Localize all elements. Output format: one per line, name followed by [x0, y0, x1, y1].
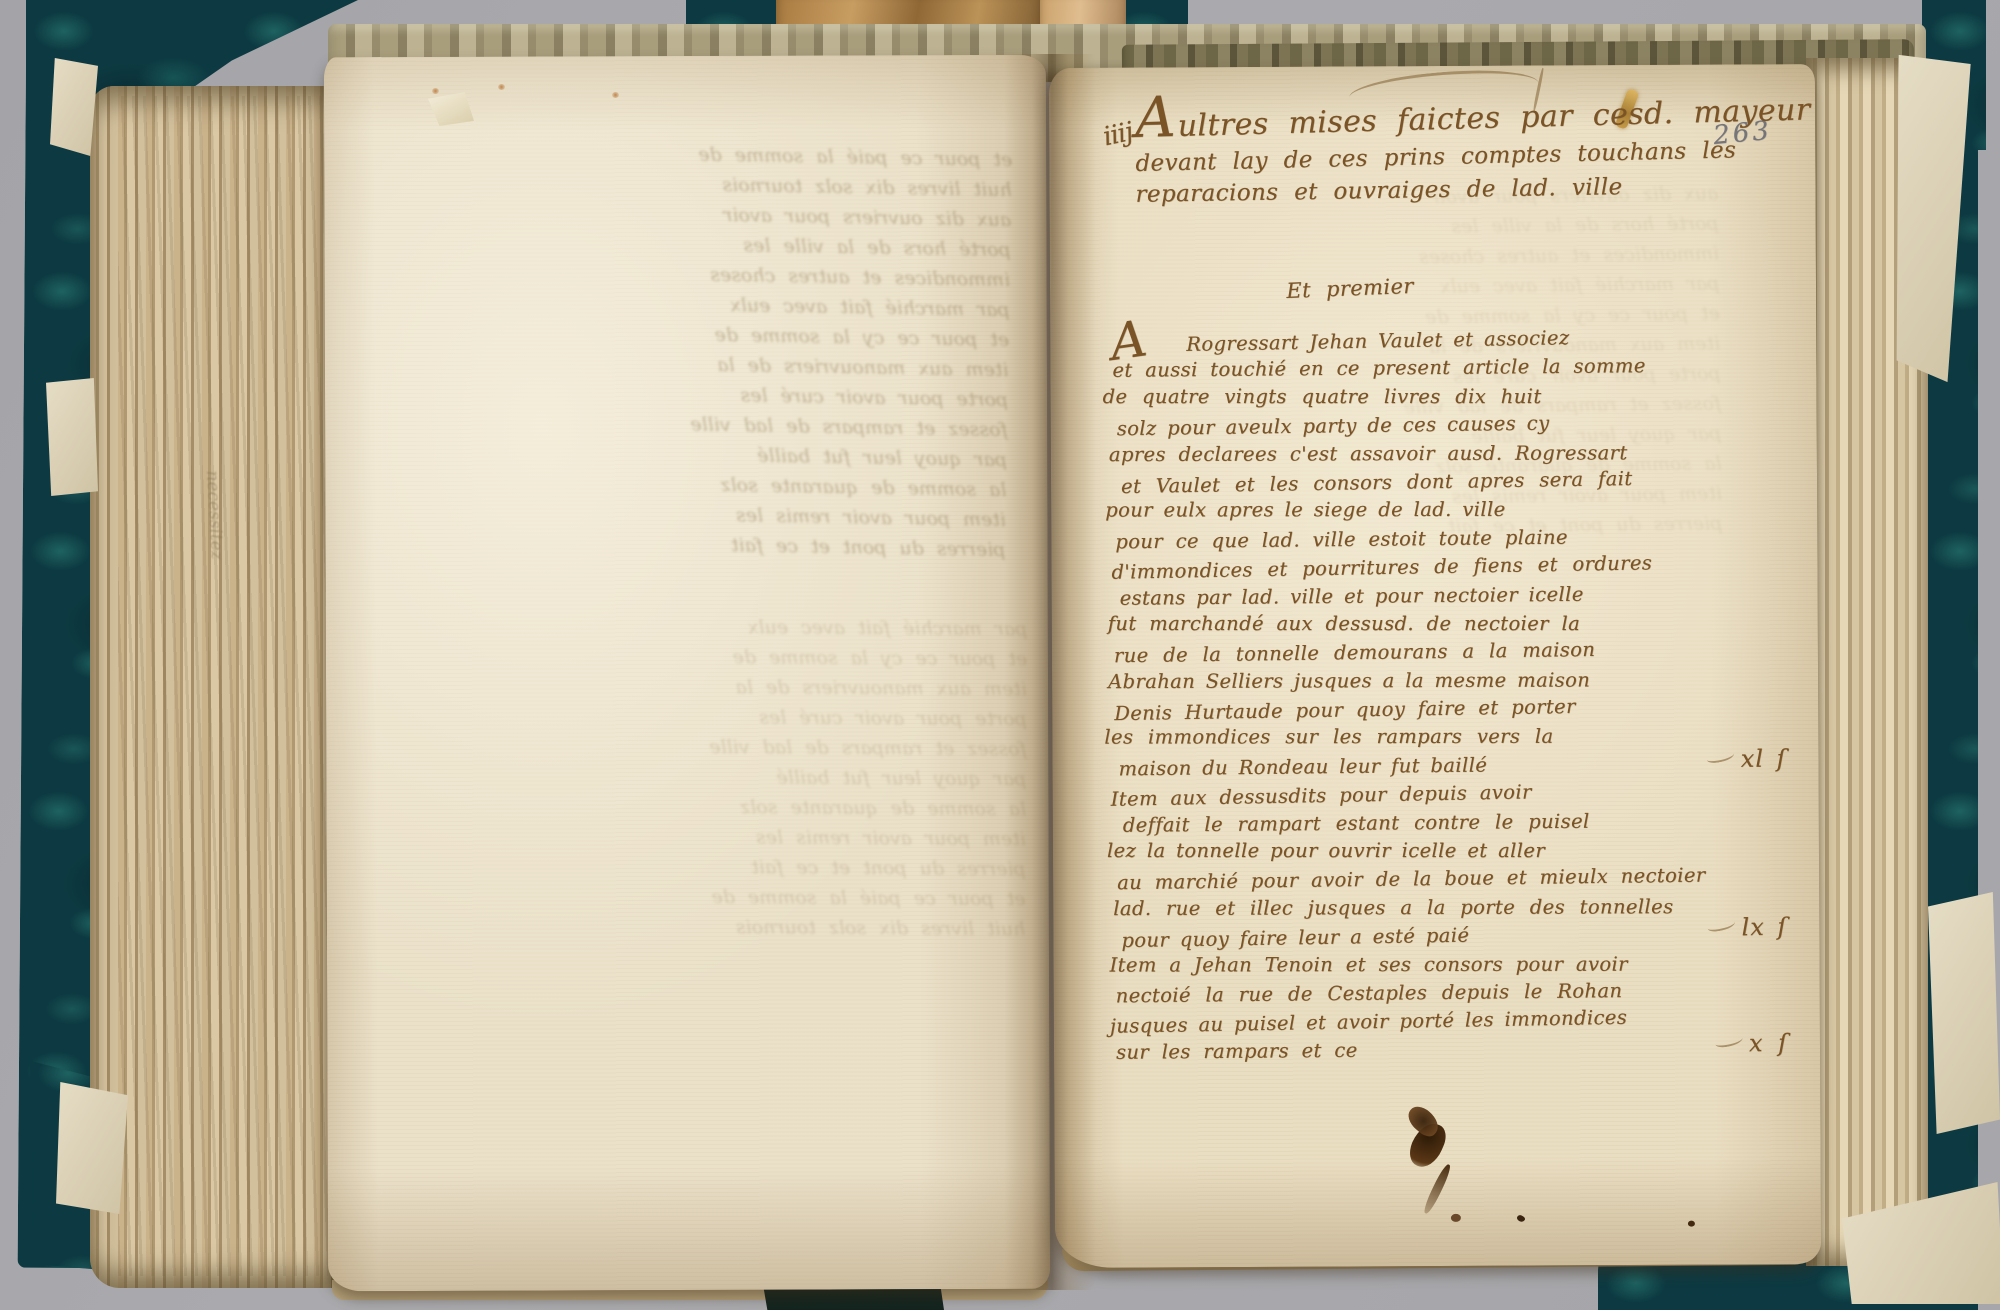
bleedthrough-line: et pour ce cy la somme de: [424, 644, 1027, 678]
body-line: deffait le rampart estant contre le puis…: [1123, 808, 1773, 842]
bleedthrough-line: porte pour avoir curé les: [438, 704, 1027, 738]
bleedthrough-line: et pour ce paié la somme de: [418, 884, 1025, 918]
body-line: les immondices sur les rampars vers la: [1104, 725, 1772, 755]
bleedthrough-line: fossez et rampars de lad ville: [414, 734, 1026, 768]
bleedthrough-line: pierres du pont et ce fait: [442, 854, 1026, 888]
bleedthrough-line: par quoy leur fut baillé: [391, 764, 1026, 798]
body-line-text: maison du Rondeau leur fut baillé: [1118, 753, 1487, 780]
paper-scrap: [50, 58, 98, 156]
paper-scrap: [56, 1082, 128, 1214]
margin-amount: x ſ: [1715, 1029, 1788, 1058]
body-line-text: Abrahan Selliers jusques a la mesme mais…: [1108, 668, 1590, 693]
body-line: de quatre vingts quatre livres dix huit: [1103, 385, 1771, 413]
body-line: Item a Jehan Tenoin et ses consors pour …: [1110, 952, 1774, 982]
body-line-text: Rogressart Jehan Vaulet et associez: [1186, 326, 1570, 356]
ink-blot: [1451, 1214, 1461, 1222]
foxing-dot: [498, 84, 505, 90]
body-line-text: et Vaulet et les consors dont apres sera…: [1121, 467, 1633, 498]
body-line-text: Item aux dessusdits pour depuis avoir: [1110, 781, 1531, 811]
margin-amount: lx ſ: [1707, 913, 1787, 942]
foxing-dot: [432, 88, 439, 94]
body-line-text: nectoié la rue de Cestaples depuis le Ro…: [1116, 979, 1623, 1007]
body-line: estans par lad. ville et pour nectoier i…: [1120, 581, 1772, 615]
bleedthrough-text: et pour ce paié la somme dehuit livres d…: [425, 139, 1012, 569]
body-line-text: rue de la tonnelle demourans a la maison: [1114, 638, 1596, 667]
body-line-text: deffait le rampart estant contre le puis…: [1123, 809, 1590, 836]
body-line-text: apres declarees c'est assavoir ausd. Rog…: [1109, 441, 1628, 466]
ink-speck: [1516, 1214, 1526, 1223]
bleedthrough-line: huit livres dix solz tournois: [395, 914, 1025, 948]
entry-text-block: Rogressart Jehan Vaulet et associezet au…: [1106, 326, 1774, 1068]
page-stack-left-texture: [118, 96, 328, 1276]
paper-scrap: [46, 378, 98, 496]
body-line-text: lad. rue et illec jusques a la porte des…: [1113, 895, 1673, 920]
body-line-text: lez la tonnelle pour ouvrir icelle et al…: [1107, 839, 1545, 862]
body-line-text: pour eulx apres le siege de lad. ville: [1105, 498, 1505, 522]
margin-mark: iiij: [1100, 117, 1135, 152]
body-line: sur les rampars et cex ſ: [1116, 1035, 1774, 1069]
foxing-dot: [612, 92, 619, 98]
body-line-text: pour quoy faire leur a esté paié: [1121, 924, 1469, 952]
left-page: et pour ce paié la somme dehuit livres d…: [324, 55, 1050, 1292]
bleedthrough-line: la somme de quarante solz: [428, 794, 1026, 828]
body-line-text: Item a Jehan Tenoin et ses consors pour …: [1110, 952, 1628, 976]
margin-amount: xl ſ: [1707, 744, 1787, 773]
body-line-text: les immondices sur les rampars vers la: [1104, 725, 1553, 749]
body-line: pour eulx apres le siege de lad. ville: [1105, 498, 1771, 528]
bleedthrough-line: par marchié fait avec eulx: [387, 614, 1027, 648]
body-line-text: de quatre vingts quatre livres dix huit: [1103, 385, 1542, 408]
background-sliver: [1978, 150, 2000, 1310]
bleedthrough-line: item pour avoir remis les: [405, 824, 1026, 858]
bleedthrough-text: par marchié fait avec eulxet pour ce cy …: [385, 614, 1027, 948]
ink-blot: [1421, 1163, 1453, 1216]
body-line-text: Denis Hurtaude pour quoy faire et porter: [1114, 695, 1576, 725]
body-line-text: sur les rampars et ce: [1116, 1038, 1358, 1063]
bleedthrough-line: item aux manouvriers de la: [401, 674, 1027, 708]
manuscript-photo: et pour ce paié la somme dehuit livres d…: [0, 0, 2000, 1310]
body-line-text: fut marchandé aux dessusd. de nectoier l…: [1108, 612, 1580, 635]
body-line-text: au marchié pour avoir de la boue et mieu…: [1117, 864, 1706, 895]
right-page: aux diz ouvriers pour avoirporté hors de…: [1049, 64, 1821, 1268]
body-line-text: pour ce que lad. ville estoit toute plai…: [1115, 525, 1568, 553]
heading-block: Aultres mises faictes par cesd. mayeurde…: [1135, 94, 1756, 208]
body-line-text: estans par lad. ville et pour nectoier i…: [1120, 582, 1584, 609]
body-line-text: solz pour aveulx party de ces causes cy: [1117, 412, 1550, 441]
body-line: et aussi touchié en ce present article l…: [1112, 353, 1770, 387]
body-line-text: et aussi touchié en ce present article l…: [1112, 355, 1645, 383]
paper-scrap: [1928, 892, 2000, 1134]
ink-speck: [1688, 1221, 1695, 1227]
